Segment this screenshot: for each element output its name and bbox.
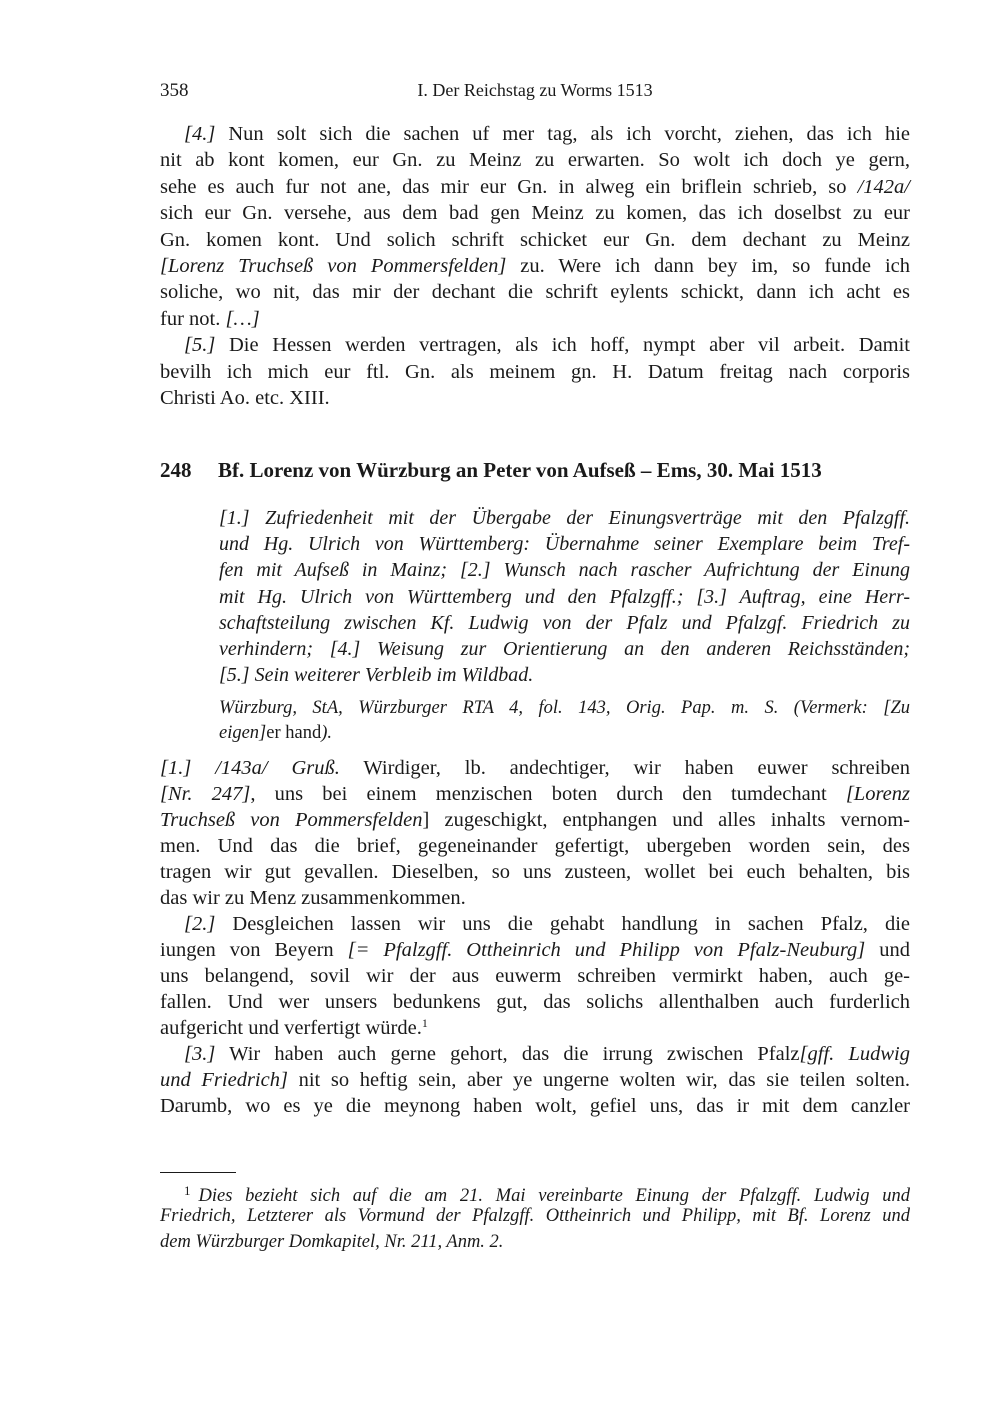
regest-line: [5.] Sein weiterer Verbleib im Wildbad. [219,662,910,688]
regest-line: verhindern; [4.] Weisung zur Orientierun… [219,636,910,662]
running-head: 358 I. Der Reichstag zu Worms 1513 [160,80,910,106]
footnote-line: dem Würzburger Domkapitel, Nr. 211, Anm.… [160,1230,910,1255]
regest-line: und Hg. Ulrich von Württemberg: Übernahm… [219,531,910,557]
text-line: Gn. komen kont. Und solich schrift schic… [160,227,910,253]
text-line: sich eur Gn. versehe, aus dem bad gen Me… [160,200,910,226]
regest-line: fen mit Aufseß in Mainz; [2.] Wunsch nac… [219,557,910,583]
running-title: I. Der Reichstag zu Worms 1513 [160,80,910,101]
body-line: iungen von Beyern [= Pfalzgff. Ottheinri… [160,937,910,963]
body-line: [2.] Desgleichen lassen wir uns die geha… [160,911,910,937]
document-heading: 248Bf. Lorenz von Würzburg an Peter von … [160,458,910,483]
body-line: Truchseß von Pommersfelden] zugeschigkt,… [160,807,910,833]
text-line: [4.] Nun solt sich die sachen uf mer tag… [160,121,910,147]
body-line: Darumb, wo es ye die meynong haben wolt,… [160,1093,910,1119]
footnote-mark: 1 [184,1183,191,1198]
text-line: Christi Ao. etc. XIII. [160,385,910,411]
body-line: uns belangend, sovil wir der aus euwerm … [160,963,910,989]
text-line: fur not. […] [160,306,910,332]
regest-line: mit Hg. Ulrich von Württemberg und den P… [219,584,910,610]
text-line: soliche, wo nit, das mir der dechant die… [160,279,910,305]
text-line: bevilh ich mich eur ftl. Gn. als meinem … [160,359,910,385]
text-line: [Lorenz Truchseß von Pommersfelden] zu. … [160,253,910,279]
body-line: tragen wir gut gevallen. Dieselben, so u… [160,859,910,885]
document-page: 358 I. Der Reichstag zu Worms 1513 [4.] … [0,0,1004,1418]
body-line: men. Und das die brief, gegeneinander ge… [160,833,910,859]
body-line: und Friedrich] nit so heftig sein, aber … [160,1067,910,1093]
body-line: fallen. Und wer unsers bedunkens gut, da… [160,989,910,1015]
body-line: aufgericht und verfertigt würde.1 [160,1015,910,1041]
text-line: sehe es auch fur not ane, das mir eur Gn… [160,174,910,200]
source-line: eigen]er hand). [219,720,910,746]
text-line: nit ab kont komen, eur Gn. zu Meinz zu e… [160,147,910,173]
document-number: 248 [160,458,218,483]
body-line: [Nr. 247], uns bei einem menzischen bote… [160,781,910,807]
text-line: [5.] Die Hessen werden vertragen, als ic… [160,332,910,358]
footnote-rule [160,1172,236,1173]
body-line: das wir zu Menz zusammenkommen. [160,885,910,911]
regest-line: [1.] Zufriedenheit mit der Übergabe der … [219,505,910,531]
regest-line: schaftsteilung zwischen Kf. Ludwig von d… [219,610,910,636]
body-line: [1.] /143a/ Gruß. Wirdiger, lb. andechti… [160,755,910,781]
footnote-line: Friedrich, Letzterer als Vormund der Pfa… [160,1204,910,1229]
document-title: Bf. Lorenz von Würzburg an Peter von Auf… [218,458,822,482]
source-line: Würzburg, StA, Würzburger RTA 4, fol. 14… [219,695,910,721]
body-line: [3.] Wir haben auch gerne gehort, das di… [160,1041,910,1067]
